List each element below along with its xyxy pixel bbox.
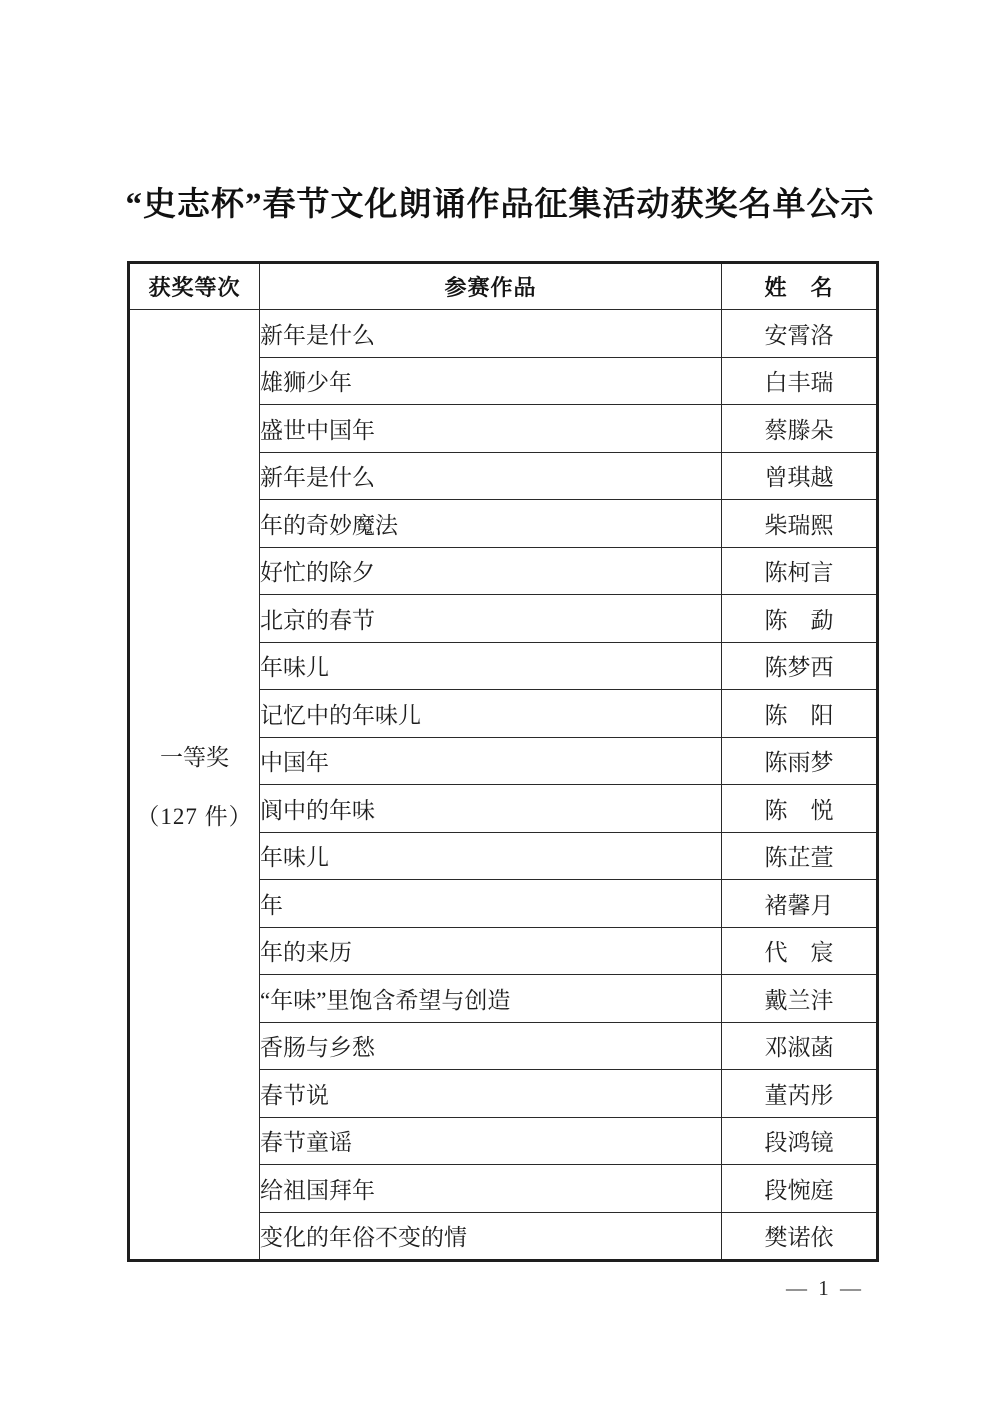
header-award-level: 获奖等次 — [129, 263, 260, 310]
name-cell: 陈梦西 — [722, 642, 878, 690]
name-cell: 段惋庭 — [722, 1165, 878, 1213]
work-cell: 雄狮少年 — [260, 357, 722, 405]
name-cell: 陈芷萱 — [722, 832, 878, 880]
work-cell: 阆中的年味 — [260, 785, 722, 833]
name-cell: 褚馨月 — [722, 880, 878, 928]
work-cell: 好忙的除夕 — [260, 547, 722, 595]
name-cell: 安霄洛 — [722, 310, 878, 358]
page-title: “史志杯”春节文化朗诵作品征集活动获奖名单公示 — [0, 178, 1000, 225]
work-cell: 年味儿 — [260, 832, 722, 880]
name-cell: 段鸿镜 — [722, 1117, 878, 1165]
work-cell: 记忆中的年味儿 — [260, 690, 722, 738]
name-cell: 陈雨梦 — [722, 737, 878, 785]
name-cell: 戴兰沣 — [722, 975, 878, 1023]
work-cell: 春节说 — [260, 1070, 722, 1118]
name-cell: 樊诺依 — [722, 1212, 878, 1261]
awards-table: 获奖等次 参赛作品 姓 名 一等奖（127 件） 新年是什么 安霄洛 雄狮少年 … — [127, 261, 879, 1262]
work-cell: 变化的年俗不变的情 — [260, 1212, 722, 1261]
name-cell: 董芮彤 — [722, 1070, 878, 1118]
name-cell: 曾琪越 — [722, 452, 878, 500]
work-cell: 中国年 — [260, 737, 722, 785]
name-cell: 邓淑菡 — [722, 1022, 878, 1070]
work-cell: 给祖国拜年 — [260, 1165, 722, 1213]
table-header: 获奖等次 参赛作品 姓 名 — [129, 263, 878, 310]
name-cell: 白丰瑞 — [722, 357, 878, 405]
name-cell: 陈 悦 — [722, 785, 878, 833]
name-cell: 陈 勐 — [722, 595, 878, 643]
award-count: （127 件） — [130, 798, 259, 831]
award-level: 一等奖 — [130, 739, 259, 772]
name-cell: 陈柯言 — [722, 547, 878, 595]
name-cell: 代 宸 — [722, 927, 878, 975]
work-cell: 年的奇妙魔法 — [260, 500, 722, 548]
table-row: 一等奖（127 件） 新年是什么 安霄洛 — [129, 310, 878, 358]
award-level-cell: 一等奖（127 件） — [129, 310, 260, 1261]
page-number: — 1 — — [786, 1276, 864, 1301]
work-cell: 北京的春节 — [260, 595, 722, 643]
work-cell: “年味”里饱含希望与创造 — [260, 975, 722, 1023]
header-row: 获奖等次 参赛作品 姓 名 — [129, 263, 878, 310]
header-name: 姓 名 — [722, 263, 878, 310]
name-cell: 柴瑞熙 — [722, 500, 878, 548]
work-cell: 年味儿 — [260, 642, 722, 690]
work-cell: 新年是什么 — [260, 310, 722, 358]
work-cell: 年 — [260, 880, 722, 928]
header-work: 参赛作品 — [260, 263, 722, 310]
name-cell: 蔡滕朵 — [722, 405, 878, 453]
table-body: 一等奖（127 件） 新年是什么 安霄洛 雄狮少年 白丰瑞 盛世中国年 蔡滕朵 … — [129, 310, 878, 1261]
work-cell: 年的来历 — [260, 927, 722, 975]
work-cell: 新年是什么 — [260, 452, 722, 500]
work-cell: 盛世中国年 — [260, 405, 722, 453]
work-cell: 香肠与乡愁 — [260, 1022, 722, 1070]
work-cell: 春节童谣 — [260, 1117, 722, 1165]
document-page: “史志杯”春节文化朗诵作品征集活动获奖名单公示 获奖等次 参赛作品 姓 名 一等… — [0, 0, 1000, 1414]
name-cell: 陈 阳 — [722, 690, 878, 738]
